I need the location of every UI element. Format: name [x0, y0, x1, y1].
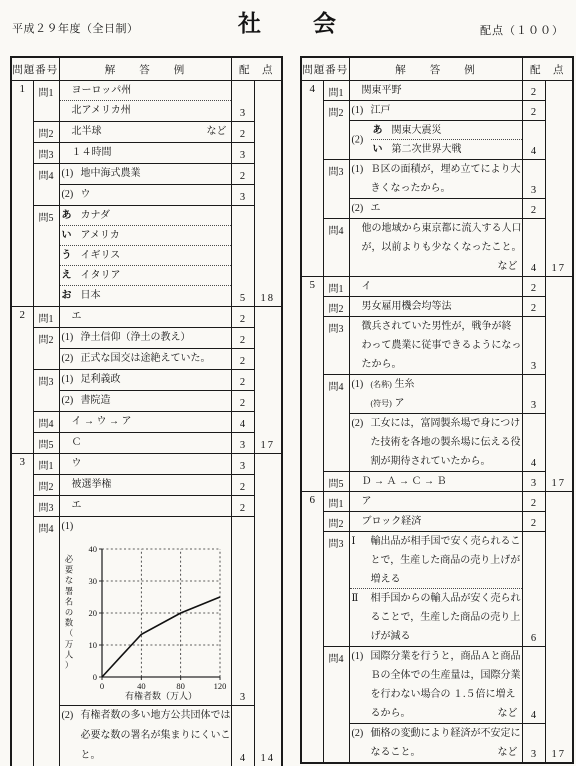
question-label-cell: 問4 — [323, 375, 349, 472]
answer-cell: １４時間 — [59, 143, 231, 164]
col-header-answer: 解 答 例 — [349, 57, 522, 81]
answer-line: Ⅰ輸出品が相手国で安く売られるこ — [350, 532, 522, 551]
score-cell: 3 — [522, 375, 545, 414]
answer-text: ウ — [81, 189, 91, 200]
answer-row: 問5Ｃ3 — [11, 433, 282, 454]
answer-text: 被選挙権 — [72, 479, 112, 490]
answer-row: 問5Ｄ → Ａ → Ｃ → Ｂ3 — [301, 472, 573, 492]
answer-text: エ — [72, 311, 82, 322]
total-points-label: 配点（１００） — [480, 22, 564, 38]
answer-item-prefix: い — [62, 226, 81, 246]
chart-x-tick-label: 80 — [176, 681, 185, 691]
answer-line: (2)価格の変動により経済が不安定に — [350, 724, 522, 743]
answer-cell: Ⅰ輸出品が相手国で安く売られることで，生産した商品の売り上げが増えるⅡ相手国から… — [349, 532, 522, 647]
header-row: 問題番号解 答 例配 点 — [11, 57, 282, 81]
answer-text: 相手国からの輸入品が安く売られ — [371, 593, 521, 604]
etc-label: など — [498, 257, 518, 276]
answer-text: げが減る — [371, 631, 411, 642]
answer-line: (2)書院造 — [60, 391, 231, 411]
question-label-cell: 問2 — [323, 512, 349, 532]
answer-cell: (2)正式な国交は途絶えていた。 — [59, 349, 231, 370]
score-cell: 5 — [231, 206, 254, 307]
answer-text: ブロック経済 — [362, 516, 422, 527]
answer-cell: 被選挙権 — [59, 475, 231, 496]
answer-line: など — [350, 257, 522, 276]
score-cell: 3 — [231, 454, 254, 475]
score-cell: 4 — [522, 414, 545, 472]
answer-line: エ — [60, 307, 231, 327]
question-label-cell: 問2 — [33, 122, 59, 143]
question-label-cell: 問2 — [33, 475, 59, 496]
question-label-cell: 問3 — [33, 143, 59, 164]
answer-line: なること。など — [350, 743, 522, 762]
answer-row: 1問1ヨーロッパ州北アメリカ州318 — [11, 81, 282, 122]
answer-line: るから。など — [350, 704, 522, 723]
answer-row: 問4(1)04080120010203040有権者数（万人）必要な署名の数（万人… — [11, 517, 282, 706]
answer-table-left-column: 問題番号解 答 例配 点1問1ヨーロッパ州北アメリカ州318問2北半球など2問3… — [10, 56, 283, 766]
answer-line: とで，生産した商品の売り上げが — [350, 551, 522, 570]
answer-text: 男女雇用機会均等法 — [362, 301, 452, 312]
answer-cell: (1)足利義政 — [59, 370, 231, 391]
answer-item-prefix: (2) — [352, 199, 371, 218]
score-cell: 3 — [231, 81, 254, 122]
answer-item-prefix: Ⅱ — [352, 589, 371, 608]
question-label-cell: 問5 — [323, 472, 349, 492]
answer-line: １４時間 — [60, 143, 231, 163]
answer-row: 問5あカナダいアメリカうイギリスえイタリアお日本5 — [11, 206, 282, 307]
answer-cell: (1)浄土信仰（浄土の教え） — [59, 328, 231, 349]
score-cell: 2 — [522, 512, 545, 532]
score-cell: 2 — [522, 101, 545, 121]
chart-y-axis-title-char: の — [64, 608, 72, 617]
answer-cell: (1)地中海式農業 — [59, 164, 231, 185]
chart-y-axis-title-char: （ — [64, 629, 72, 638]
answer-lines: あ関東大震災い第二次世界大戦 — [371, 121, 522, 159]
answer-line: エ — [60, 496, 231, 516]
answer-line: げが減る — [350, 627, 522, 646]
question-label-cell: 問1 — [33, 454, 59, 475]
answer-cell: イ → ウ → ア — [59, 412, 231, 433]
answer-text: エ — [72, 500, 82, 511]
section-number-cell: 3 — [11, 454, 33, 766]
answer-line: 増える — [350, 570, 522, 589]
section-total-cell: 18 — [254, 81, 282, 307]
answer-line: (1)足利義政 — [60, 370, 231, 390]
answer-line: (符号)ア — [350, 394, 522, 413]
answer-line: きくなったから。 — [350, 179, 522, 198]
answer-row: 問2ブロック経済2 — [301, 512, 573, 532]
answer-row: 問3１４時間3 — [11, 143, 282, 164]
answer-cell: (1)国際分業を行うと，商品Ａと商品Ｂの全体での生産量は，国際分業を行わない場合… — [349, 647, 522, 724]
score-cell: 3 — [231, 143, 254, 164]
answer-text: ヨーロッパ州 — [72, 85, 132, 96]
answer-text: 江戸 — [371, 105, 391, 116]
answer-item-prefix: (2) — [352, 414, 371, 433]
answer-item-prefix: (1) — [352, 647, 371, 666]
answer-text: 工女には，富岡製糸場で身につけ — [371, 418, 521, 429]
answer-cell: (2)ウ — [59, 185, 231, 206]
answer-text: 北アメリカ州 — [72, 105, 131, 116]
answer-row: 問4(1)(名称)生糸(符号)ア3 — [301, 375, 573, 414]
score-cell: 2 — [231, 496, 254, 517]
answer-cell: ア — [349, 492, 522, 512]
chart-data-curve — [102, 597, 220, 677]
answer-row: 問2被選挙権2 — [11, 475, 282, 496]
answer-item-prefix: あ — [62, 206, 81, 226]
answer-text: Ｂの全体での生産量は，国際分業 — [371, 670, 521, 681]
chart-y-tick-label: 0 — [92, 672, 96, 682]
answer-item-prefix: お — [62, 286, 81, 306]
answer-item-prefix: (2) — [352, 135, 364, 146]
answer-cell: (2)あ関東大震災い第二次世界大戦 — [349, 121, 522, 160]
chart-y-axis-title-char: 名 — [64, 596, 72, 606]
question-label-cell: 問4 — [33, 412, 59, 433]
answer-line: (1)浄土信仰（浄土の教え） — [60, 328, 231, 348]
question-label-cell: 問4 — [33, 517, 59, 766]
answer-item-prefix: (1) — [62, 370, 81, 390]
answer-text: 日本 — [81, 290, 101, 301]
col-header-points: 配 点 — [231, 57, 282, 81]
answer-row: 問4イ → ウ → ア4 — [11, 412, 282, 433]
answer-text: エ — [371, 203, 381, 214]
answer-line: い第二次世界大戦 — [371, 140, 522, 159]
answer-text: 割が期待されていたから。 — [371, 456, 491, 467]
answer-text: アメリカ — [81, 230, 120, 241]
chart-x-tick-label: 0 — [99, 681, 103, 691]
answer-line: ブロック経済 — [350, 512, 522, 531]
question-label-cell: 問3 — [323, 160, 349, 219]
answer-text: イタリア — [81, 270, 121, 281]
answer-item-prefix: Ⅰ — [352, 532, 371, 551]
answer-row: 問3エ2 — [11, 496, 282, 517]
answer-cell: ブロック経済 — [349, 512, 522, 532]
question-label-cell: 問1 — [323, 277, 349, 297]
question-label-cell: 問5 — [33, 433, 59, 454]
answer-line: (1)江戸 — [350, 101, 522, 120]
answer-line: お日本 — [60, 286, 231, 306]
col-header-points: 配 点 — [522, 57, 573, 81]
question-label-cell: 問4 — [323, 647, 349, 764]
section-total-cell: 17 — [545, 492, 573, 764]
score-cell: 2 — [231, 370, 254, 391]
col-header-question-no: 問題番号 — [301, 57, 349, 81]
answer-text: が，以前よりも少なくなったこと。 — [362, 242, 522, 253]
question-label-cell: 問4 — [33, 164, 59, 206]
answer-cell: (1)Ｂ区の面積が，埋め立てにより大きくなったから。 — [349, 160, 522, 199]
answer-table-right-column: 問題番号解 答 例配 点4問1関東平野217問2(1)江戸2(2)あ関東大震災い… — [300, 56, 574, 764]
signature-requirement-chart: 04080120010203040有権者数（万人）必要な署名の数（万人） — [60, 537, 229, 705]
question-label-cell: 問1 — [323, 81, 349, 101]
answer-line: 徴兵されていた男性が，戦争が終 — [350, 317, 522, 336]
chart-y-axis-title-char: 署 — [64, 586, 72, 596]
score-cell: 2 — [231, 349, 254, 370]
score-cell: 3 — [522, 724, 545, 764]
answer-text: 増える — [371, 574, 401, 585]
answer-text: 必要な数の署名が集まりにくいこ — [81, 730, 231, 741]
answer-row: 3問1ウ314 — [11, 454, 282, 475]
answer-row: 問2(1)江戸2 — [301, 101, 573, 121]
answer-text: 他の地域から東京都に流入する人口 — [362, 223, 522, 234]
answer-item-prefix: (1) — [62, 328, 81, 348]
answer-text: 価格の変動により経済が不安定に — [371, 728, 521, 739]
answer-item-prefix: (2) — [62, 706, 81, 726]
answer-cell: (2)工女には，富岡製糸場で身につけた技術を各地の製糸場に伝える役割が期待されて… — [349, 414, 522, 472]
answer-line: ることで，生産した商品の売り上 — [350, 608, 522, 627]
question-label-cell: 問2 — [323, 297, 349, 317]
answer-row: 問2北半球など2 — [11, 122, 282, 143]
answer-row: 問2(1)浄土信仰（浄土の教え）2 — [11, 328, 282, 349]
answer-sublabel: (符号) — [371, 394, 395, 413]
answer-text: 関東平野 — [362, 85, 402, 96]
answer-text: １４時間 — [72, 147, 112, 158]
chart-y-axis-title-char: 万 — [64, 640, 72, 649]
etc-label: など — [207, 122, 227, 142]
score-cell: 3 — [522, 472, 545, 492]
answer-cell: 他の地域から東京都に流入する人口が，以前よりも少なくなったこと。など — [349, 219, 522, 277]
chart-y-axis-title-char: 数 — [64, 618, 73, 628]
answer-text: Ｄ → Ａ → Ｃ → Ｂ — [362, 476, 447, 487]
answer-tables: 問題番号解 答 例配 点1問1ヨーロッパ州北アメリカ州318問2北半球など2問3… — [10, 56, 574, 766]
answer-line: うイギリス — [60, 246, 231, 266]
answer-cell: (1)江戸 — [349, 101, 522, 121]
score-cell: 2 — [231, 475, 254, 496]
score-cell: 3 — [231, 433, 254, 454]
section-number-cell: 5 — [301, 277, 323, 492]
score-cell: 4 — [522, 121, 545, 160]
answer-row: 問4(1)国際分業を行うと，商品Ａと商品Ｂの全体での生産量は，国際分業を行わない… — [301, 647, 573, 724]
answer-line: 必要な数の署名が集まりにくいこ — [60, 726, 231, 746]
answer-row: 問3(1)Ｂ区の面積が，埋め立てにより大きくなったから。3 — [301, 160, 573, 199]
answer-item-prefix: (2) — [62, 391, 81, 411]
answer-row: 5問1イ217 — [301, 277, 573, 297]
etc-label: など — [498, 704, 518, 723]
answer-line: (1)(名称)生糸 — [350, 375, 522, 394]
section-total-cell: 17 — [545, 277, 573, 492]
score-cell: 2 — [522, 277, 545, 297]
answer-cell: 北半球など — [59, 122, 231, 143]
section-number-cell: 2 — [11, 307, 33, 454]
answer-cell: (2)エ — [349, 199, 522, 219]
chart-y-tick-label: 40 — [88, 544, 97, 554]
question-label-cell: 問1 — [33, 81, 59, 122]
answer-text: イ → ウ → ア — [72, 416, 132, 427]
answer-row: 問4(1)地中海式農業2 — [11, 164, 282, 185]
answer-line: ア — [350, 492, 522, 511]
answer-text: 生糸 — [395, 379, 415, 390]
score-cell: 2 — [231, 307, 254, 328]
answer-item-prefix: (2) — [352, 724, 371, 743]
answer-line: Ⅱ相手国からの輸入品が安く売られ — [350, 589, 522, 608]
col-header-question-no: 問題番号 — [11, 57, 59, 81]
answer-cell: エ — [59, 307, 231, 328]
answer-line: が，以前よりも少なくなったこと。 — [350, 238, 522, 257]
answer-line: と。 — [60, 746, 231, 766]
answer-line: わって農業に従事できるようになっ — [350, 336, 522, 355]
answer-cell: Ｃ — [59, 433, 231, 454]
section-number-cell: 6 — [301, 492, 323, 764]
question-label-cell: 問1 — [33, 307, 59, 328]
answer-item-prefix: (2) — [62, 349, 81, 369]
answer-line: Ｃ — [60, 433, 231, 453]
chart-x-axis-title: 有権者数（万人） — [124, 690, 196, 701]
section-total-cell: 17 — [545, 81, 573, 277]
chart-y-tick-label: 20 — [88, 608, 97, 618]
chart-y-axis-title-char: 人 — [64, 649, 72, 659]
answer-text: 北半球 — [72, 126, 102, 137]
chart-y-axis-title-char: ） — [64, 661, 72, 670]
answer-cell: (2)価格の変動により経済が不安定になること。など — [349, 724, 522, 764]
score-cell: 6 — [522, 532, 545, 647]
answer-cell: Ｄ → Ａ → Ｃ → Ｂ — [349, 472, 522, 492]
answer-cell: ヨーロッパ州北アメリカ州 — [59, 81, 231, 122]
score-cell: 4 — [522, 647, 545, 724]
score-cell: 4 — [231, 706, 254, 766]
answer-text: ア — [395, 398, 405, 409]
answer-cell: ウ — [59, 454, 231, 475]
answer-text: と。 — [81, 750, 101, 761]
answer-text: 足利義政 — [81, 374, 121, 385]
score-cell: 3 — [231, 185, 254, 206]
chart-y-tick-label: 30 — [88, 576, 97, 586]
answer-line: 北アメリカ州 — [60, 101, 231, 121]
section-total-cell: 14 — [254, 454, 282, 766]
answer-line: 割が期待されていたから。 — [350, 452, 522, 471]
answer-item-prefix: (1) — [62, 164, 81, 184]
answer-line: イ — [350, 277, 522, 296]
answer-row: 6問1ア217 — [301, 492, 573, 512]
answer-line: 関東平野 — [350, 81, 522, 100]
question-label-cell: 問2 — [33, 328, 59, 370]
answer-text: 第二次世界大戦 — [392, 144, 462, 155]
answer-cell: (1)(名称)生糸(符号)ア — [349, 375, 522, 414]
answer-line: (1)国際分業を行うと，商品Ａと商品 — [350, 647, 522, 666]
answer-text: イ — [362, 281, 372, 292]
answer-text: 輸出品が相手国で安く売られるこ — [371, 536, 521, 547]
answer-text: Ｂ区の面積が，埋め立てにより大 — [371, 164, 521, 175]
answer-sublabel: (名称) — [371, 375, 395, 394]
question-label-cell: 問5 — [33, 206, 59, 307]
answer-line: を行わない場合の １.５倍に増え — [350, 685, 522, 704]
answer-text: 正式な国交は途絶えていた。 — [81, 353, 211, 364]
answer-line: (1)地中海式農業 — [60, 164, 231, 184]
answer-line: Ｂの全体での生産量は，国際分業 — [350, 666, 522, 685]
answer-text: 関東大震災 — [392, 125, 442, 136]
answer-text: ア — [362, 496, 372, 507]
chart-y-axis-title-char: 必 — [64, 554, 73, 564]
answer-line: 被選挙権 — [60, 475, 231, 495]
section-total-cell: 17 — [254, 307, 282, 454]
answer-line: イ → ウ → ア — [60, 412, 231, 432]
answer-cell: (2)書院造 — [59, 391, 231, 412]
answer-line: (1)Ｂ区の面積が，埋め立てにより大 — [350, 160, 522, 179]
answer-text: Ｃ — [72, 437, 82, 448]
answer-item-prefix: (2) — [62, 185, 81, 205]
answer-cell: 男女雇用機会均等法 — [349, 297, 522, 317]
answer-line: た技術を各地の製糸場に伝える役 — [350, 433, 522, 452]
answer-text: なること。 — [371, 747, 421, 758]
answer-row: 問3Ⅰ輸出品が相手国で安く売られることで，生産した商品の売り上げが増えるⅡ相手国… — [301, 532, 573, 647]
chart-answer-cell: (1)04080120010203040有権者数（万人）必要な署名の数（万人） — [59, 517, 231, 706]
answer-line: (2)エ — [350, 199, 522, 218]
answer-text: た技術を各地の製糸場に伝える役 — [371, 437, 521, 448]
question-label-cell: 問1 — [323, 492, 349, 512]
answer-line: ウ — [60, 454, 231, 474]
answer-line: (2)正式な国交は途絶えていた。 — [60, 349, 231, 369]
answer-row: 4問1関東平野217 — [301, 81, 573, 101]
chart-y-axis-title-char: な — [64, 576, 72, 585]
answer-item-prefix: え — [62, 266, 81, 286]
answer-line: たから。 — [350, 355, 522, 374]
score-cell: 3 — [522, 317, 545, 375]
answer-cell: 関東平野 — [349, 81, 522, 101]
answer-cell: (2)有権者数の多い地方公共団体では必要な数の署名が集まりにくいこと。 — [59, 706, 231, 766]
answer-text: きくなったから。 — [371, 183, 451, 194]
answer-line: えイタリア — [60, 266, 231, 286]
answer-text: ることで，生産した商品の売り上 — [371, 612, 521, 623]
answer-cell: あカナダいアメリカうイギリスえイタリアお日本 — [59, 206, 231, 307]
answer-row: 問3徴兵されていた男性が，戦争が終わって農業に従事できるようになったから。3 — [301, 317, 573, 375]
answer-cell: エ — [59, 496, 231, 517]
answer-line: あカナダ — [60, 206, 231, 226]
answer-row: 問4他の地域から東京都に流入する人口が，以前よりも少なくなったこと。など4 — [301, 219, 573, 277]
score-cell: 2 — [231, 164, 254, 185]
chart-x-tick-label: 40 — [137, 681, 146, 691]
score-cell: 2 — [231, 391, 254, 412]
answer-cell: イ — [349, 277, 522, 297]
answer-line: Ｄ → Ａ → Ｃ → Ｂ — [350, 472, 522, 491]
answer-text: 書院造 — [81, 395, 111, 406]
answer-line: (2)有権者数の多い地方公共団体では — [60, 706, 231, 726]
score-cell: 2 — [522, 492, 545, 512]
answer-line: 他の地域から東京都に流入する人口 — [350, 219, 522, 238]
answer-text: 浄土信仰（浄土の教え） — [81, 332, 191, 343]
answer-item-prefix: (1) — [352, 375, 371, 394]
answer-line: いアメリカ — [60, 226, 231, 246]
answer-text: わって農業に従事できるようになっ — [362, 340, 522, 351]
section-number-cell: 4 — [301, 81, 323, 277]
answer-item-prefix: い — [373, 140, 392, 159]
answer-key-table: 問題番号解 答 例配 点4問1関東平野217問2(1)江戸2(2)あ関東大震災い… — [300, 56, 574, 764]
answer-row: 問3(1)足利義政2 — [11, 370, 282, 391]
question-label-cell: 問3 — [323, 532, 349, 647]
chart-y-tick-label: 10 — [88, 640, 97, 650]
answer-text: 有権者数の多い地方公共団体では — [81, 710, 231, 721]
answer-text: カナダ — [81, 210, 111, 221]
question-label-cell: 問2 — [323, 101, 349, 160]
answer-line: (2)ウ — [60, 185, 231, 205]
header-row: 問題番号解 答 例配 点 — [301, 57, 573, 81]
answer-key-table: 問題番号解 答 例配 点1問1ヨーロッパ州北アメリカ州318問2北半球など2問3… — [10, 56, 283, 766]
answer-item-prefix: (1) — [352, 160, 371, 179]
answer-text: を行わない場合の １.５倍に増え — [371, 689, 516, 700]
answer-row: 2問1エ217 — [11, 307, 282, 328]
answer-row: 問2男女雇用機会均等法2 — [301, 297, 573, 317]
answer-item-prefix: (1) — [352, 101, 371, 120]
score-cell: 2 — [522, 81, 545, 101]
answer-cell: 徴兵されていた男性が，戦争が終わって農業に従事できるようになったから。 — [349, 317, 522, 375]
answer-line: (2)工女には，富岡製糸場で身につけ — [350, 414, 522, 433]
score-cell: 2 — [231, 328, 254, 349]
answer-line: 北半球など — [60, 122, 231, 142]
answer-item-prefix: あ — [373, 121, 392, 140]
answer-text: 国際分業を行うと，商品Ａと商品 — [371, 651, 521, 662]
score-cell: 3 — [231, 517, 254, 706]
answer-text: たから。 — [362, 359, 402, 370]
answer-text: るから。 — [371, 708, 411, 719]
chart-y-axis-title-char: 要 — [64, 566, 73, 575]
chart-x-tick-label: 120 — [213, 681, 226, 691]
answer-text: 地中海式農業 — [81, 168, 141, 179]
